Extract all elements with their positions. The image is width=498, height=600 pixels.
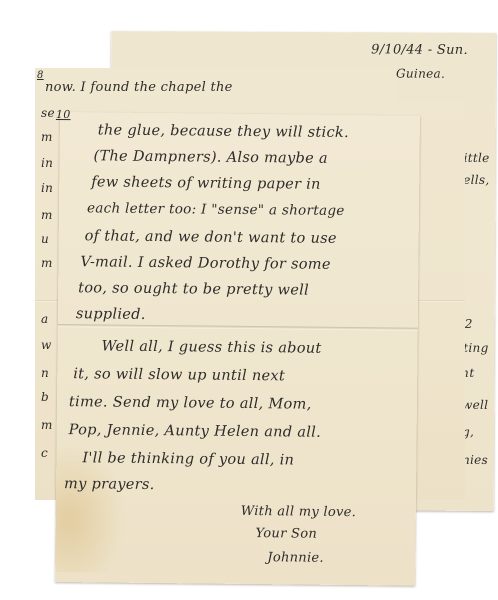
letter-line: the glue, because they will stick. — [98, 122, 349, 141]
letter-line: few sheets of writing paper in — [91, 174, 321, 192]
letter-line: now. I found the chapel the — [45, 80, 233, 95]
letter-line: each letter too: I "sense" a shortage — [87, 200, 345, 219]
closing-line: Your Son — [256, 526, 318, 542]
edge-fragment: m — [41, 130, 53, 144]
edge-fragment: a — [41, 312, 48, 326]
edge-fragment: b — [41, 390, 49, 404]
fold-crease — [58, 324, 418, 331]
edge-fragment: u — [41, 232, 49, 246]
page-number: 10 — [56, 108, 71, 121]
edge-fragment: m — [41, 418, 53, 432]
closing-line: With all my love. — [241, 504, 356, 520]
edge-fragment: se — [41, 106, 55, 120]
letter-line: (The Dampners). Also maybe a — [93, 148, 327, 166]
letter-line: supplied. — [76, 306, 146, 323]
letter-line: too, so ought to be pretty well — [78, 280, 309, 298]
letter-date: 9/10/44 - Sun. — [371, 42, 468, 58]
edge-fragment: c — [41, 446, 48, 460]
page-number: 8 — [37, 70, 44, 81]
letter-line: I'll be thinking of you all, in — [82, 450, 294, 468]
letter-line: of that, and we don't want to use — [85, 228, 337, 247]
letter-line: Well all, I guess this is about — [101, 338, 321, 356]
edge-fragment: in — [41, 181, 53, 195]
letter-line: V-mail. I asked Dorothy for some — [80, 254, 330, 273]
letter-page-front: 10 the glue, because they will stick. (T… — [55, 112, 420, 586]
letter-line: Pop, Jennie, Aunty Helen and all. — [69, 422, 322, 441]
edge-fragment: w — [41, 338, 52, 352]
letter-line: my prayers. — [64, 476, 155, 493]
signature: Johnnie. — [267, 550, 324, 566]
edge-fragment: m — [41, 208, 53, 222]
edge-fragment: in — [41, 156, 53, 170]
letter-place: Guinea. — [396, 66, 445, 80]
letter-line: it, so will slow up until next — [73, 366, 285, 384]
edge-fragment: n — [41, 366, 49, 380]
edge-fragment: m — [41, 256, 53, 270]
letter-line: time. Send my love to all, Mom, — [69, 394, 312, 413]
